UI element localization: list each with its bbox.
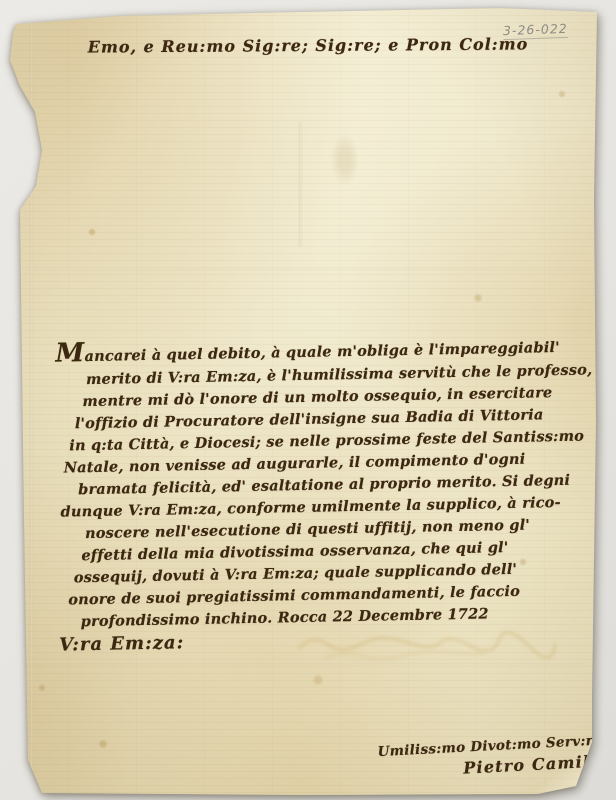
body-line: profondissimo inchino. Rocca 22 Decembre… <box>81 605 489 630</box>
closing-formula: V:ra Em:za: <box>59 632 185 655</box>
initial-capital: M <box>55 338 85 369</box>
scan-background: 3-26-022 Emo, e Reu:mo Sig:re; Sig:re; e… <box>0 0 616 800</box>
body-line: Mancarei à quel debito, à quale m'obliga… <box>55 339 560 366</box>
body-line: noscere nell'esecutione di questi uffiti… <box>85 517 530 543</box>
letter-body: Mancarei à quel debito, à quale m'obliga… <box>0 0 616 800</box>
body-line: l'offizio di Procuratore dell'insigne su… <box>75 406 544 432</box>
body-line-text: ancarei à quel debito, à quale m'obliga … <box>84 339 560 365</box>
body-line: onore de suoi pregiatissimi commandament… <box>68 583 520 609</box>
body-line: ossequij, dovuti à V:ra Em:za; quale sup… <box>74 561 518 587</box>
body-line: Natale, non venisse ad augurarle, il com… <box>64 451 526 477</box>
paper-shadow: 3-26-022 Emo, e Reu:mo Sig:re; Sig:re; e… <box>0 0 616 800</box>
body-line: effetti della mia divotissima osservanza… <box>81 539 508 564</box>
body-line: mentre mi dò l'onore di un molto ossequi… <box>82 384 552 410</box>
letter-page: 3-26-022 Emo, e Reu:mo Sig:re; Sig:re; e… <box>0 0 616 800</box>
